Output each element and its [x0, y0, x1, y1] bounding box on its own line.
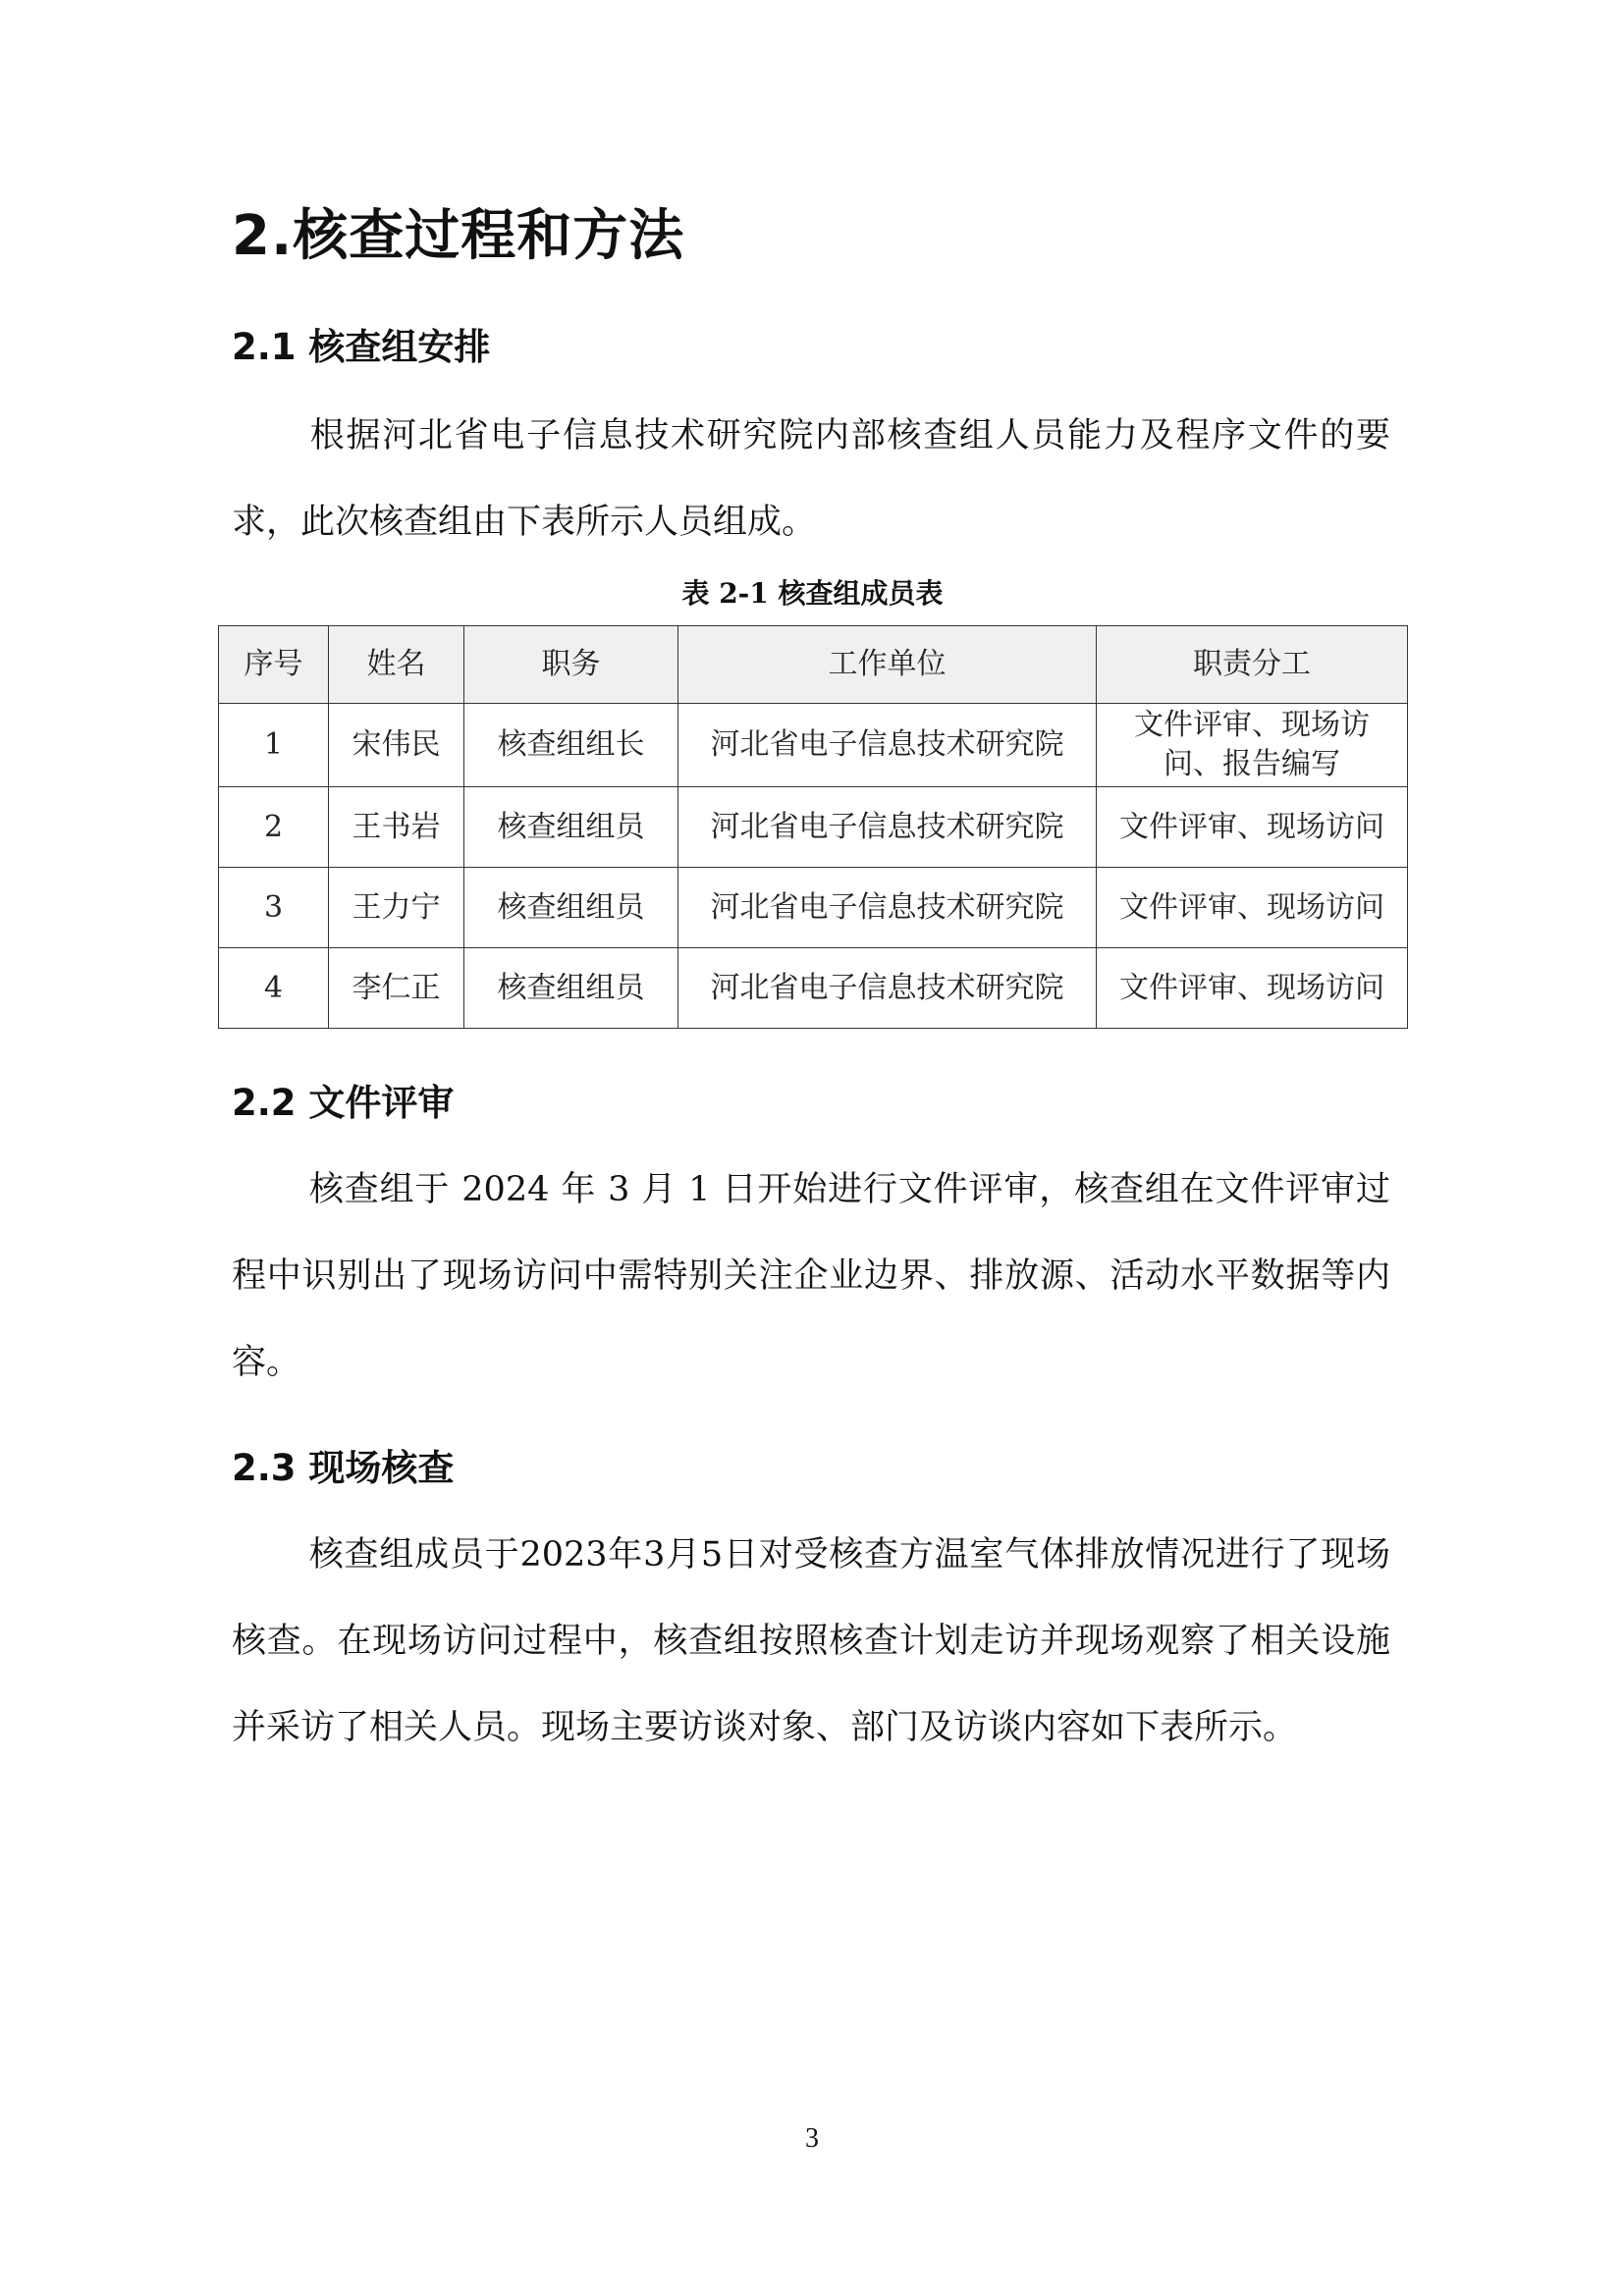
members-table: 序号 姓名 职务 工作单位 职责分工 1 宋伟民 核查组组长 河北省电子信息技术…	[218, 625, 1408, 1029]
heading-2-3: 2.3 现场核查	[232, 1445, 454, 1492]
cell-duty: 文件评审、现场访问	[1097, 948, 1408, 1029]
paragraph-2-1-text: 根据河北省电子信息技术研究院内部核查组人员能力及程序文件的要求，此次核查组由下表…	[232, 416, 1390, 542]
cell-name: 李仁正	[329, 948, 464, 1029]
cell-role: 核查组组员	[464, 868, 678, 948]
cell-role: 核查组组长	[464, 704, 678, 787]
cell-duty: 文件评审、现场访问	[1097, 787, 1408, 868]
table-header-row: 序号 姓名 职务 工作单位 职责分工	[219, 626, 1408, 704]
cell-index: 2	[219, 787, 329, 868]
header-cell: 职务	[464, 626, 678, 704]
cell-name: 王书岩	[329, 787, 464, 868]
cell-role: 核查组组员	[464, 787, 678, 868]
table-row: 3 王力宁 核查组组员 河北省电子信息技术研究院 文件评审、现场访问	[219, 868, 1408, 948]
cell-duty: 文件评审、现场访问、报告编写	[1097, 704, 1408, 787]
paragraph-2-2: 核查组于 2024 年 3 月 1 日开始进行文件评审，核查组在文件评审过程中识…	[232, 1147, 1390, 1406]
cell-index: 3	[219, 868, 329, 948]
cell-index: 1	[219, 704, 329, 787]
paragraph-2-1: 根据河北省电子信息技术研究院内部核查组人员能力及程序文件的要求，此次核查组由下表…	[232, 393, 1390, 565]
section-title: 2.核查过程和方法	[232, 201, 684, 272]
cell-duty: 文件评审、现场访问	[1097, 868, 1408, 948]
cell-unit: 河北省电子信息技术研究院	[678, 948, 1097, 1029]
header-cell: 职责分工	[1097, 626, 1408, 704]
header-cell: 序号	[219, 626, 329, 704]
paragraph-2-2-text: 核查组于 2024 年 3 月 1 日开始进行文件评审，核查组在文件评审过程中识…	[232, 1170, 1390, 1382]
cell-role: 核查组组员	[464, 948, 678, 1029]
table-row: 2 王书岩 核查组组员 河北省电子信息技术研究院 文件评审、现场访问	[219, 787, 1408, 868]
table-row: 1 宋伟民 核查组组长 河北省电子信息技术研究院 文件评审、现场访问、报告编写	[219, 704, 1408, 787]
cell-unit: 河北省电子信息技术研究院	[678, 868, 1097, 948]
heading-2-2: 2.2 文件评审	[232, 1080, 454, 1127]
cell-index: 4	[219, 948, 329, 1029]
header-cell: 姓名	[329, 626, 464, 704]
cell-unit: 河北省电子信息技术研究院	[678, 704, 1097, 787]
page-number: 3	[0, 2123, 1624, 2155]
heading-2-1: 2.1 核查组安排	[232, 324, 490, 371]
cell-name: 王力宁	[329, 868, 464, 948]
paragraph-2-3: 核查组成员于2023年3月5日对受核查方温室气体排放情况进行了现场核查。在现场访…	[232, 1512, 1390, 1771]
cell-name: 宋伟民	[329, 704, 464, 787]
table-row: 4 李仁正 核查组组员 河北省电子信息技术研究院 文件评审、现场访问	[219, 948, 1408, 1029]
paragraph-2-3-text: 核查组成员于2023年3月5日对受核查方温室气体排放情况进行了现场核查。在现场访…	[232, 1535, 1390, 1747]
table-caption: 表 2-1 核查组成员表	[218, 574, 1407, 614]
cell-unit: 河北省电子信息技术研究院	[678, 787, 1097, 868]
header-cell: 工作单位	[678, 626, 1097, 704]
